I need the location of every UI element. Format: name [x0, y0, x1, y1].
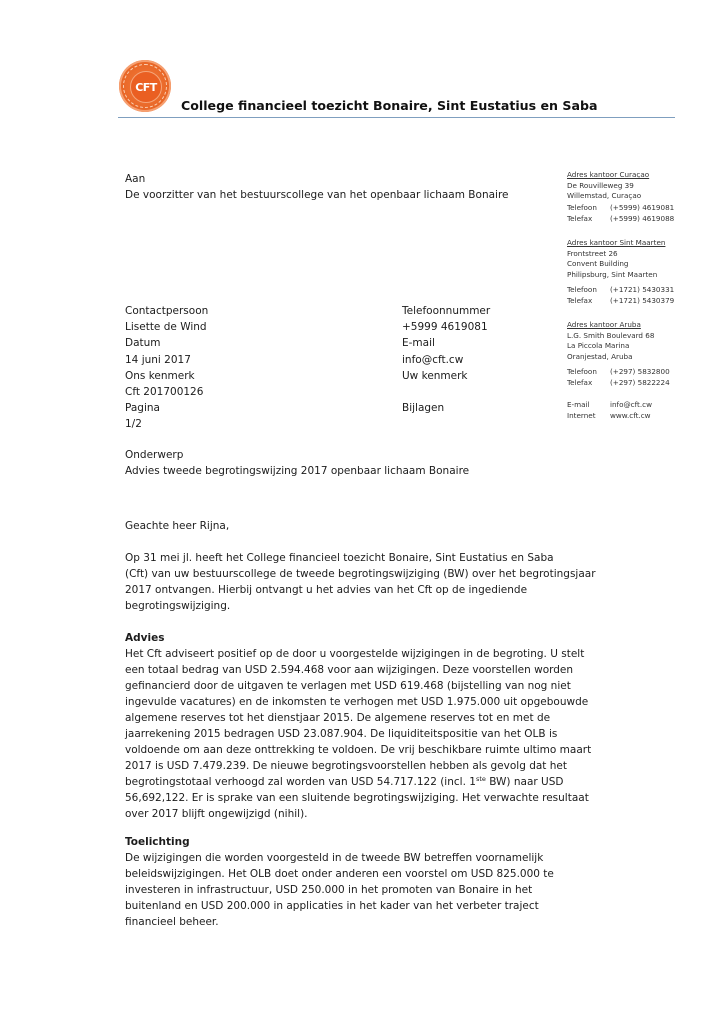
address-line: Philipsburg, Sint Maarten: [567, 270, 665, 281]
email-label: E-mail: [402, 335, 490, 351]
office-sint-maarten-heading: Adres kantoor Sint Maarten: [567, 238, 665, 249]
fax-label: Telefax: [567, 296, 610, 307]
toelichting-paragraph: De wijzigingen die worden voorgesteld in…: [125, 850, 605, 930]
text-segment: BW) naar USD: [486, 776, 564, 788]
intro-paragraph: Op 31 mei jl. heeft het College financie…: [125, 550, 605, 614]
paragraph-line: een totaal bedrag van USD 2.594.468 voor…: [125, 662, 605, 678]
office-aruba: Adres kantoor Aruba L.G. Smith Boulevard…: [567, 320, 654, 362]
salutation: Geachte heer Rijna,: [125, 518, 229, 534]
toelichting-heading: Toelichting: [125, 834, 605, 850]
advies-paragraph: Het Cft adviseert positief op de door u …: [125, 646, 605, 822]
paragraph-line: (Cft) van uw bestuurscollege de tweede b…: [125, 566, 605, 582]
office-curacao-phones: Telefoon(+5999) 4619081 Telefax(+5999) 4…: [567, 203, 674, 224]
phone-label: Telefoon: [567, 203, 610, 214]
paragraph-line: De wijzigingen die worden voorgesteld in…: [125, 850, 605, 866]
fax-number: (+297) 5822224: [610, 378, 670, 389]
phone-label: Telefoon: [567, 285, 610, 296]
paragraph-line: buitenland en USD 200.000 in applicaties…: [125, 898, 605, 914]
subject-block: Onderwerp Advies tweede begrotingswijzin…: [125, 447, 469, 479]
phone-number: (+297) 5832800: [610, 367, 670, 378]
paragraph-line: investeren in infrastructuur, USD 250.00…: [125, 882, 605, 898]
organization-title: College financieel toezicht Bonaire, Sin…: [181, 98, 598, 113]
cft-logo: CFT: [119, 60, 171, 112]
office-sint-maarten-phones: Telefoon(+1721) 5430331 Telefax(+1721) 5…: [567, 285, 674, 306]
office-curacao: Adres kantoor Curaçao De Rouvilleweg 39 …: [567, 170, 649, 202]
paragraph-line: over 2017 blijft ongewijzigd (nihil).: [125, 806, 605, 822]
email-label: E-mail: [567, 400, 610, 411]
paragraph-line: voldoende om aan deze onttrekking te vol…: [125, 742, 605, 758]
your-reference-label: Uw kenmerk: [402, 368, 490, 384]
page-value: 1/2: [125, 416, 208, 432]
paragraph-line: 2017 ontvangen. Hierbij ontvangt u het a…: [125, 582, 605, 598]
address-line: Oranjestad, Aruba: [567, 352, 654, 363]
addressee-block: Aan De voorzitter van het bestuurscolleg…: [125, 171, 509, 203]
addressee-value: De voorzitter van het bestuurscollege va…: [125, 187, 509, 203]
contact-person-value: Lisette de Wind: [125, 319, 208, 335]
paragraph-line: beleidswijzigingen. Het OLB doet onder a…: [125, 866, 605, 882]
date-label: Datum: [125, 335, 208, 351]
phone-number: (+1721) 5430331: [610, 285, 674, 296]
logo-text: CFT: [135, 81, 157, 94]
website-link[interactable]: www.cft.cw: [610, 411, 651, 422]
paragraph-line: 2017 is USD 7.479.239. De nieuwe begroti…: [125, 758, 605, 774]
advies-heading: Advies: [125, 630, 605, 646]
paragraph-line: Op 31 mei jl. heeft het College financie…: [125, 550, 605, 566]
office-sint-maarten: Adres kantoor Sint Maarten Frontstreet 2…: [567, 238, 665, 280]
superscript-ste: ste: [476, 775, 486, 783]
date-value: 14 juni 2017: [125, 352, 208, 368]
logo-emblem: CFT: [130, 71, 162, 103]
header-divider: [118, 117, 675, 118]
office-aruba-phones: Telefoon(+297) 5832800 Telefax(+297) 582…: [567, 367, 670, 388]
text-segment: begrotingstotaal verhoogd zal worden van…: [125, 776, 476, 788]
website-label: Internet: [567, 411, 610, 422]
addressee-label: Aan: [125, 171, 509, 187]
office-aruba-heading: Adres kantoor Aruba: [567, 320, 654, 331]
paragraph-line: 56,692,122. Er is sprake van een sluiten…: [125, 790, 605, 806]
paragraph-line: begrotingstotaal verhoogd zal worden van…: [125, 774, 605, 790]
phone-label: Telefoon: [567, 367, 610, 378]
fax-number: (+5999) 4619088: [610, 214, 674, 225]
email-link[interactable]: info@cft.cw: [610, 400, 652, 411]
fax-label: Telefax: [567, 378, 610, 389]
paragraph-line: algemene reserves tot het dienstjaar 201…: [125, 710, 605, 726]
paragraph-line: begrotingswijziging.: [125, 598, 605, 614]
email-value[interactable]: info@cft.cw: [402, 352, 490, 368]
attachments-value: [402, 416, 490, 432]
fax-number: (+1721) 5430379: [610, 296, 674, 307]
phone-value: +5999 4619081: [402, 319, 490, 335]
address-line: La Piccola Marina: [567, 341, 654, 352]
office-contact: E-mailinfo@cft.cw Internetwww.cft.cw: [567, 400, 652, 421]
contact-person-label: Contactpersoon: [125, 303, 208, 319]
meta-right-column: Telefoonnummer +5999 4619081 E-mail info…: [402, 303, 490, 433]
phone-number: (+5999) 4619081: [610, 203, 674, 214]
address-line: De Rouvilleweg 39: [567, 181, 649, 192]
address-line: Willemstad, Curaçao: [567, 191, 649, 202]
paragraph-line: ingevulde vacatures) en de inkomsten te …: [125, 694, 605, 710]
subject-value: Advies tweede begrotingswijzing 2017 ope…: [125, 463, 469, 479]
our-reference-value: Cft 201700126: [125, 384, 208, 400]
paragraph-line: gefinancierd door de uitgaven te verlage…: [125, 678, 605, 694]
address-line: L.G. Smith Boulevard 68: [567, 331, 654, 342]
office-curacao-heading: Adres kantoor Curaçao: [567, 170, 649, 181]
your-reference-value: [402, 384, 490, 400]
paragraph-line: jaarrekening 2015 bedragen USD 23.087.90…: [125, 726, 605, 742]
paragraph-line: Het Cft adviseert positief op de door u …: [125, 646, 605, 662]
phone-label: Telefoonnummer: [402, 303, 490, 319]
subject-label: Onderwerp: [125, 447, 469, 463]
address-line: Frontstreet 26: [567, 249, 665, 260]
our-reference-label: Ons kenmerk: [125, 368, 208, 384]
address-line: Convent Building: [567, 259, 665, 270]
page-label: Pagina: [125, 400, 208, 416]
meta-left-column: Contactpersoon Lisette de Wind Datum 14 …: [125, 303, 208, 433]
paragraph-line: financieel beheer.: [125, 914, 605, 930]
attachments-label: Bijlagen: [402, 400, 490, 416]
fax-label: Telefax: [567, 214, 610, 225]
